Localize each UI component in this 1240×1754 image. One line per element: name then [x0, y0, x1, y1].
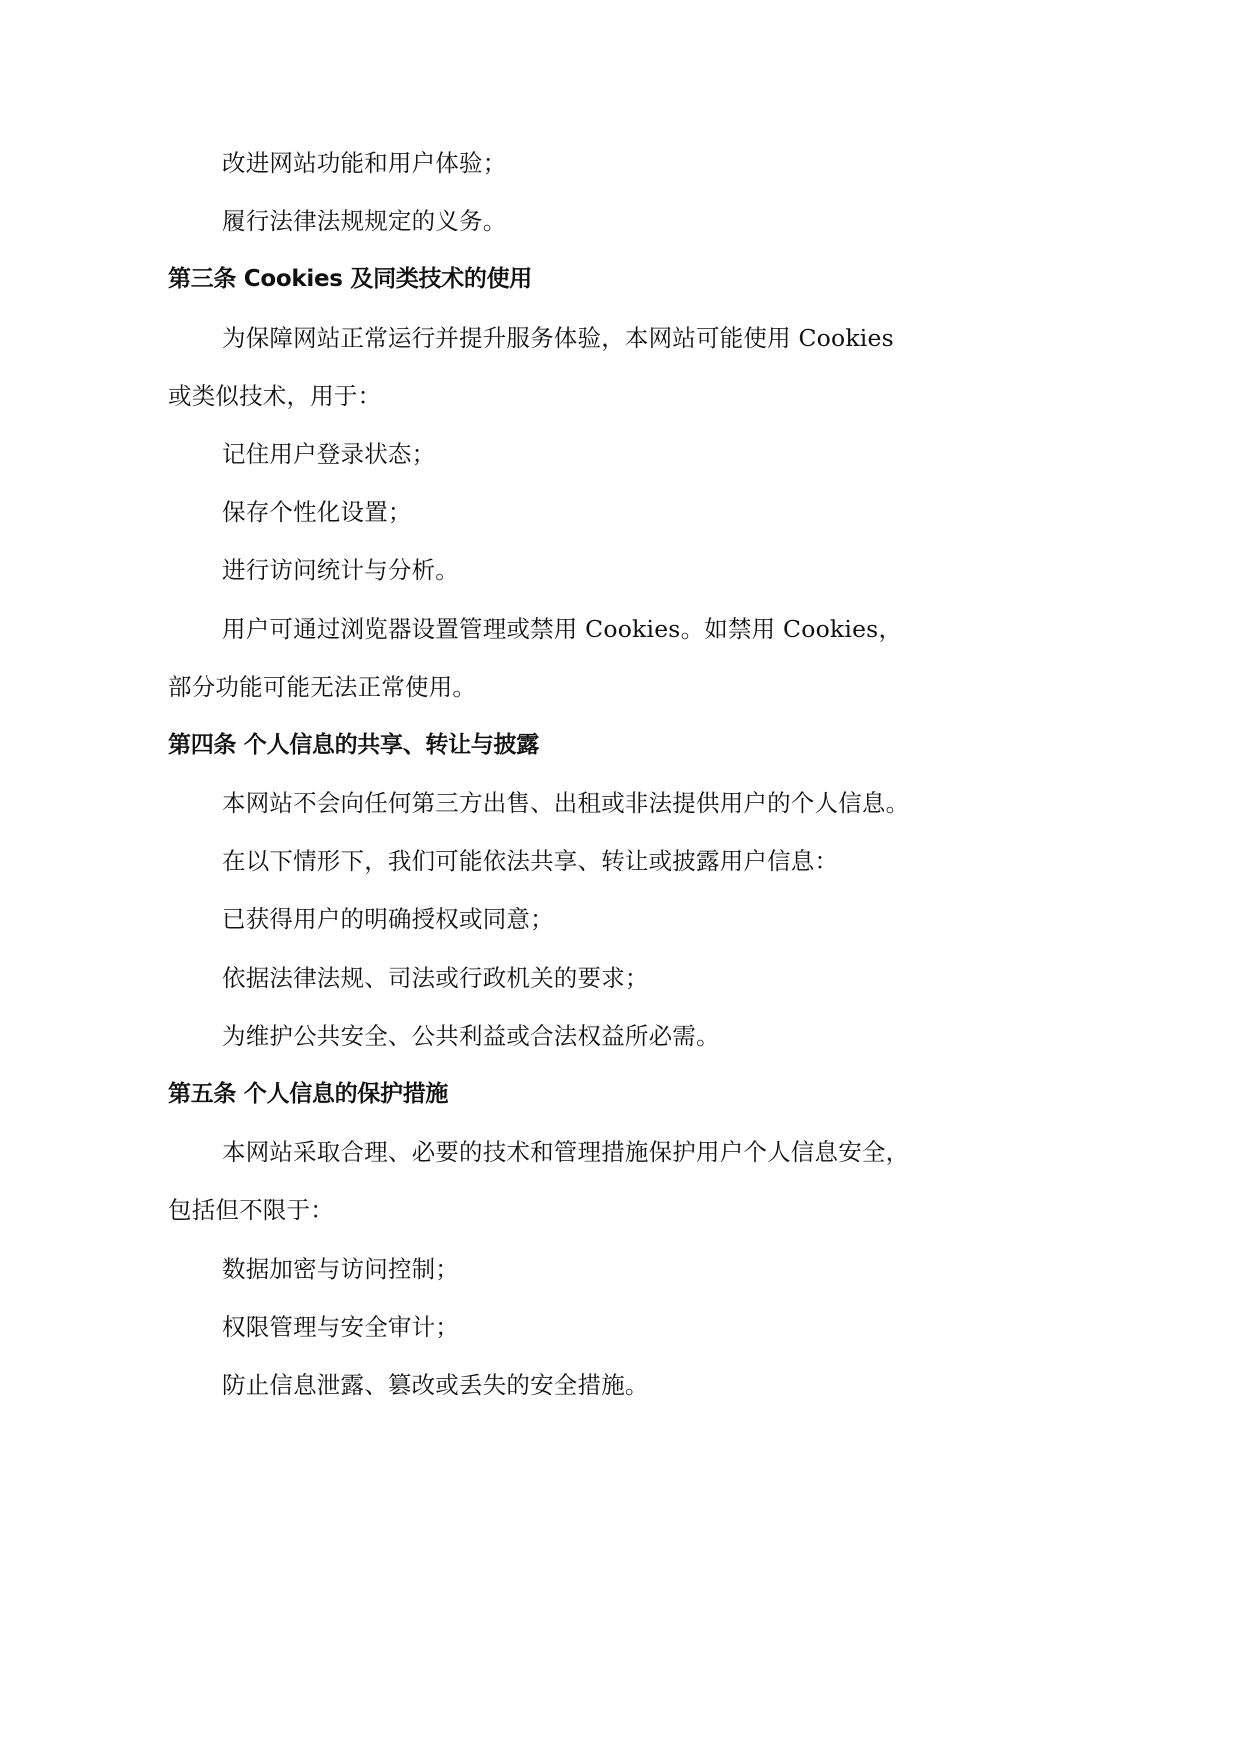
list-item: 改进网站功能和用户体验；: [168, 140, 1078, 198]
list-item: 履行法律法规规定的义务。: [168, 198, 1078, 256]
section-heading-article-4: 第四条 个人信息的共享、转让与披露: [168, 722, 1078, 780]
paragraph: 用户可通过浏览器设置管理或禁用 Cookies。如禁用 Cookies，: [168, 606, 1078, 664]
paragraph: 本网站不会向任何第三方出售、出租或非法提供用户的个人信息。: [168, 780, 1078, 838]
list-item: 保存个性化设置；: [168, 489, 1078, 547]
paragraph-continuation: 包括但不限于：: [168, 1187, 1078, 1245]
paragraph: 为保障网站正常运行并提升服务体验，本网站可能使用 Cookies: [168, 315, 1078, 373]
section-heading-article-5: 第五条 个人信息的保护措施: [168, 1071, 1078, 1129]
list-item: 防止信息泄露、篡改或丢失的安全措施。: [168, 1362, 1078, 1420]
document-page: 改进网站功能和用户体验； 履行法律法规规定的义务。 第三条 Cookies 及同…: [168, 140, 1078, 1420]
paragraph: 在以下情形下，我们可能依法共享、转让或披露用户信息：: [168, 838, 1078, 896]
list-item: 进行访问统计与分析。: [168, 547, 1078, 605]
section-heading-article-3: 第三条 Cookies 及同类技术的使用: [168, 256, 1078, 314]
list-item: 依据法律法规、司法或行政机关的要求；: [168, 955, 1078, 1013]
list-item: 权限管理与安全审计；: [168, 1304, 1078, 1362]
list-item: 已获得用户的明确授权或同意；: [168, 896, 1078, 954]
list-item: 为维护公共安全、公共利益或合法权益所必需。: [168, 1013, 1078, 1071]
paragraph: 本网站采取合理、必要的技术和管理措施保护用户个人信息安全，: [168, 1129, 1078, 1187]
list-item: 记住用户登录状态；: [168, 431, 1078, 489]
paragraph-continuation: 部分功能可能无法正常使用。: [168, 664, 1078, 722]
list-item: 数据加密与访问控制；: [168, 1246, 1078, 1304]
paragraph-continuation: 或类似技术，用于：: [168, 373, 1078, 431]
